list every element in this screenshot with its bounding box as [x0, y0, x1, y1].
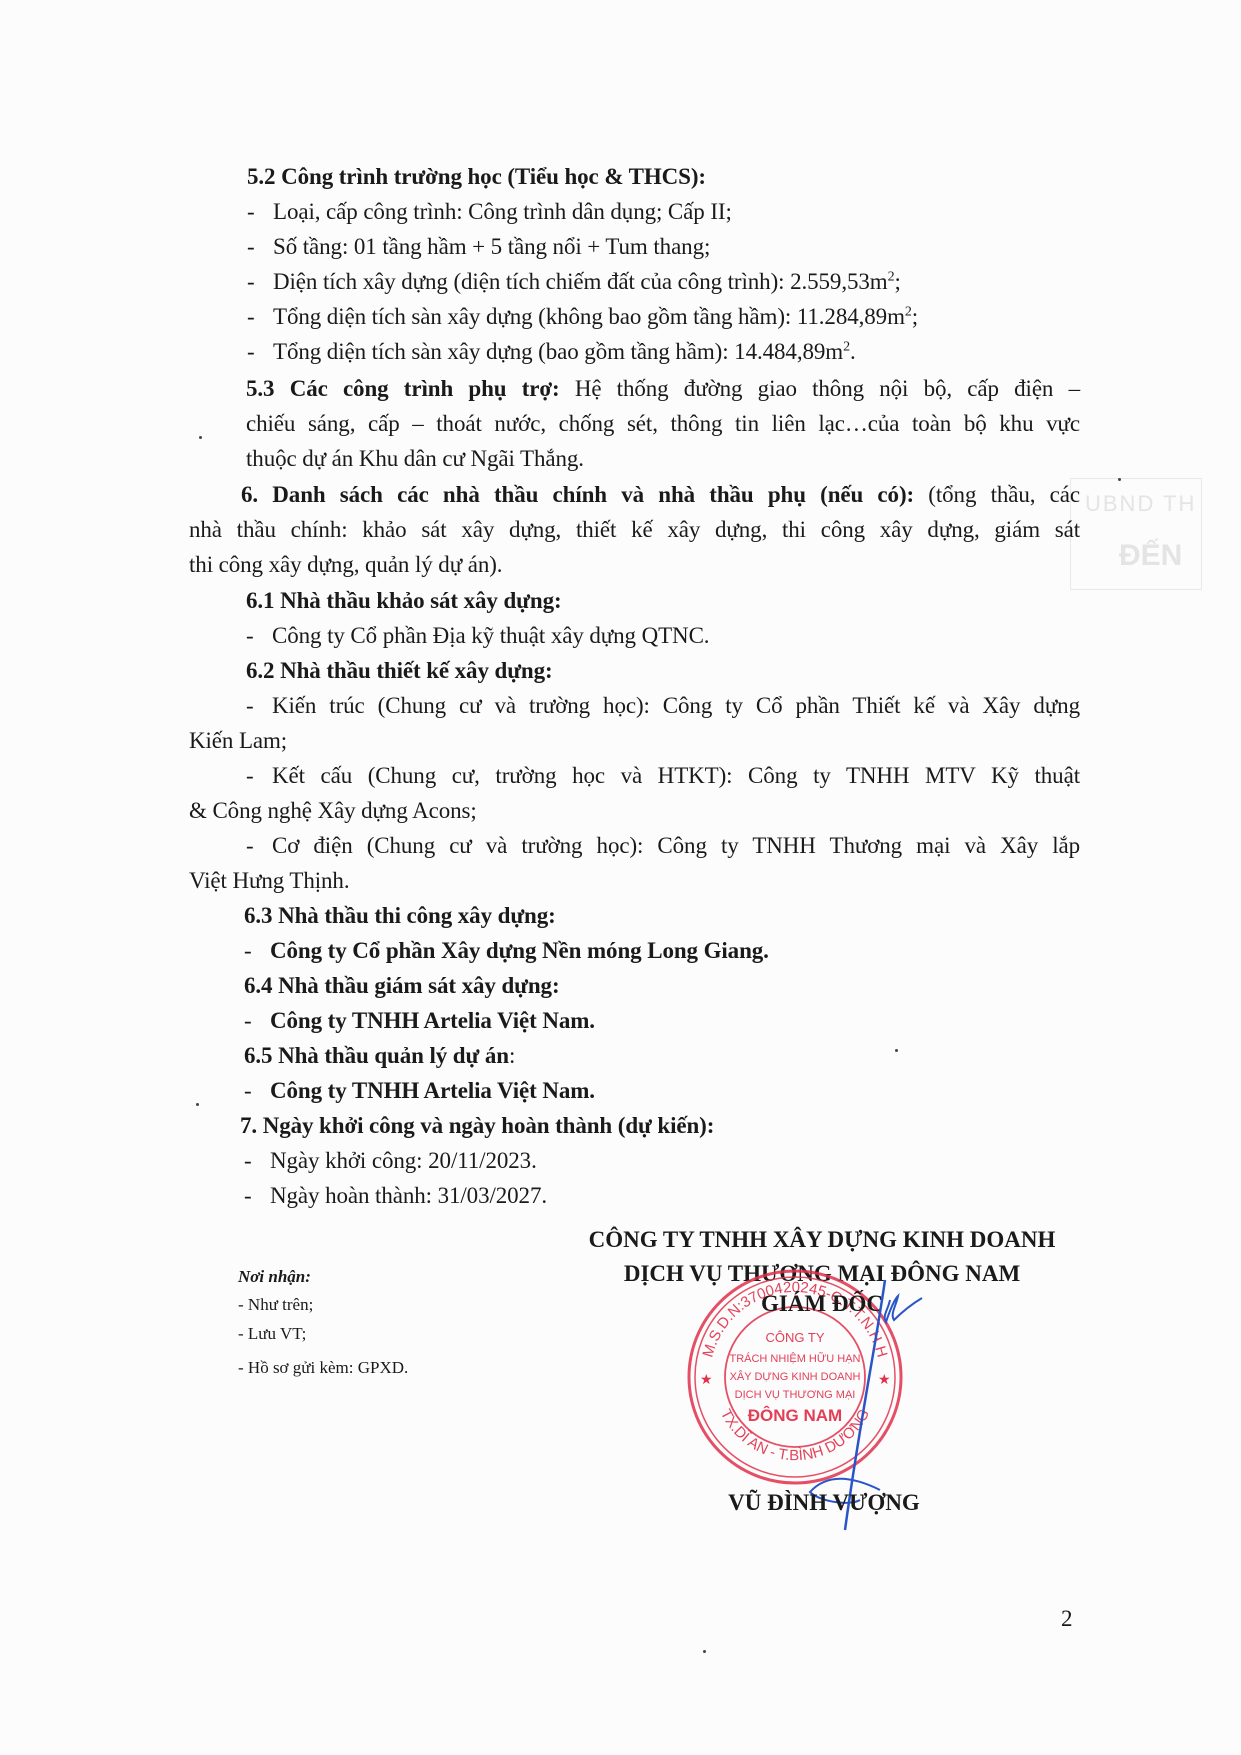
scan-speck: [895, 1049, 898, 1052]
section-5-2-heading: 5.2 Công trình trường học (Tiểu học & TH…: [247, 163, 706, 191]
section-6-5-heading: 6.5 Nhà thầu quản lý dự án:: [244, 1042, 515, 1070]
list-item-cont: Kiến Lam;: [189, 727, 287, 755]
section-5-3-line3: thuộc dự án Khu dân cư Ngãi Thắng.: [246, 445, 584, 473]
list-item: -Công ty TNHH Artelia Việt Nam.: [244, 1077, 595, 1105]
list-item-cont: & Công nghệ Xây dựng Acons;: [189, 797, 477, 825]
list-item: -Kiến trúc (Chung cư và trường học): Côn…: [246, 692, 1080, 720]
section-6-2-heading: 6.2 Nhà thầu thiết kế xây dựng:: [246, 657, 553, 685]
section-5-3-line1: 5.3 Các công trình phụ trợ: Hệ thống đườ…: [246, 375, 1080, 403]
list-item: -Loại, cấp công trình: Công trình dân dụ…: [247, 198, 732, 226]
section-7-heading: 7. Ngày khởi công và ngày hoàn thành (dự…: [240, 1112, 714, 1140]
svg-text:★: ★: [700, 1373, 713, 1388]
list-item: -Công ty Cổ phần Xây dựng Nền móng Long …: [244, 937, 769, 965]
list-item: -Công ty Cổ phần Địa kỹ thuật xây dựng Q…: [246, 622, 709, 650]
page-number: 2: [1061, 1606, 1073, 1632]
list-item: -Tổng diện tích sàn xây dựng (bao gồm tầ…: [247, 338, 856, 366]
recipients-title: Nơi nhận:: [238, 1262, 311, 1291]
recipient-item: - Như trên;: [238, 1290, 313, 1319]
section-6-heading: 6. Danh sách các nhà thầu chính và nhà t…: [241, 481, 1080, 509]
recipient-item: - Lưu VT;: [238, 1319, 306, 1348]
scan-speck: [1118, 478, 1121, 481]
section-5-3-line2: chiếu sáng, cấp – thoát nước, chống sét,…: [246, 410, 1080, 438]
document-page: UBND TH ĐẾN 5.2 Công trình trường học (T…: [0, 0, 1241, 1755]
scan-speck: [199, 436, 202, 439]
scan-speck: [703, 1650, 706, 1653]
section-6-3-heading: 6.3 Nhà thầu thi công xây dựng:: [244, 902, 556, 930]
scan-speck: [196, 1103, 199, 1106]
list-item-cont: Việt Hưng Thịnh.: [189, 867, 349, 895]
list-item: -Cơ điện (Chung cư và trường học): Công …: [246, 832, 1080, 860]
signatory-name: VŨ ĐÌNH VƯỢNG: [560, 1486, 1088, 1520]
list-item: -Ngày hoàn thành: 31/03/2027.: [244, 1182, 547, 1210]
list-item: -Ngày khởi công: 20/11/2023.: [244, 1147, 537, 1175]
list-item: -Công ty TNHH Artelia Việt Nam.: [244, 1007, 595, 1035]
list-item: -Tổng diện tích sàn xây dựng (không bao …: [247, 303, 918, 331]
section-6-4-heading: 6.4 Nhà thầu giám sát xây dựng:: [244, 972, 560, 1000]
list-item: -Số tầng: 01 tầng hầm + 5 tầng nổi + Tum…: [247, 233, 710, 261]
list-item: -Kết cấu (Chung cư, trường học và HTKT):…: [246, 762, 1080, 790]
section-6-1-heading: 6.1 Nhà thầu khảo sát xây dựng:: [246, 587, 562, 615]
section-6-line2: nhà thầu chính: khảo sát xây dựng, thiết…: [189, 516, 1080, 544]
company-name-line1: CÔNG TY TNHH XÂY DỰNG KINH DOANH: [558, 1223, 1086, 1257]
section-6-line3: thi công xây dựng, quản lý dự án).: [189, 551, 502, 579]
bleed-through-stamp: UBND TH ĐẾN: [1070, 478, 1202, 590]
list-item: -Diện tích xây dựng (diện tích chiếm đất…: [247, 268, 901, 296]
recipient-item: - Hồ sơ gửi kèm: GPXD.: [238, 1353, 408, 1382]
